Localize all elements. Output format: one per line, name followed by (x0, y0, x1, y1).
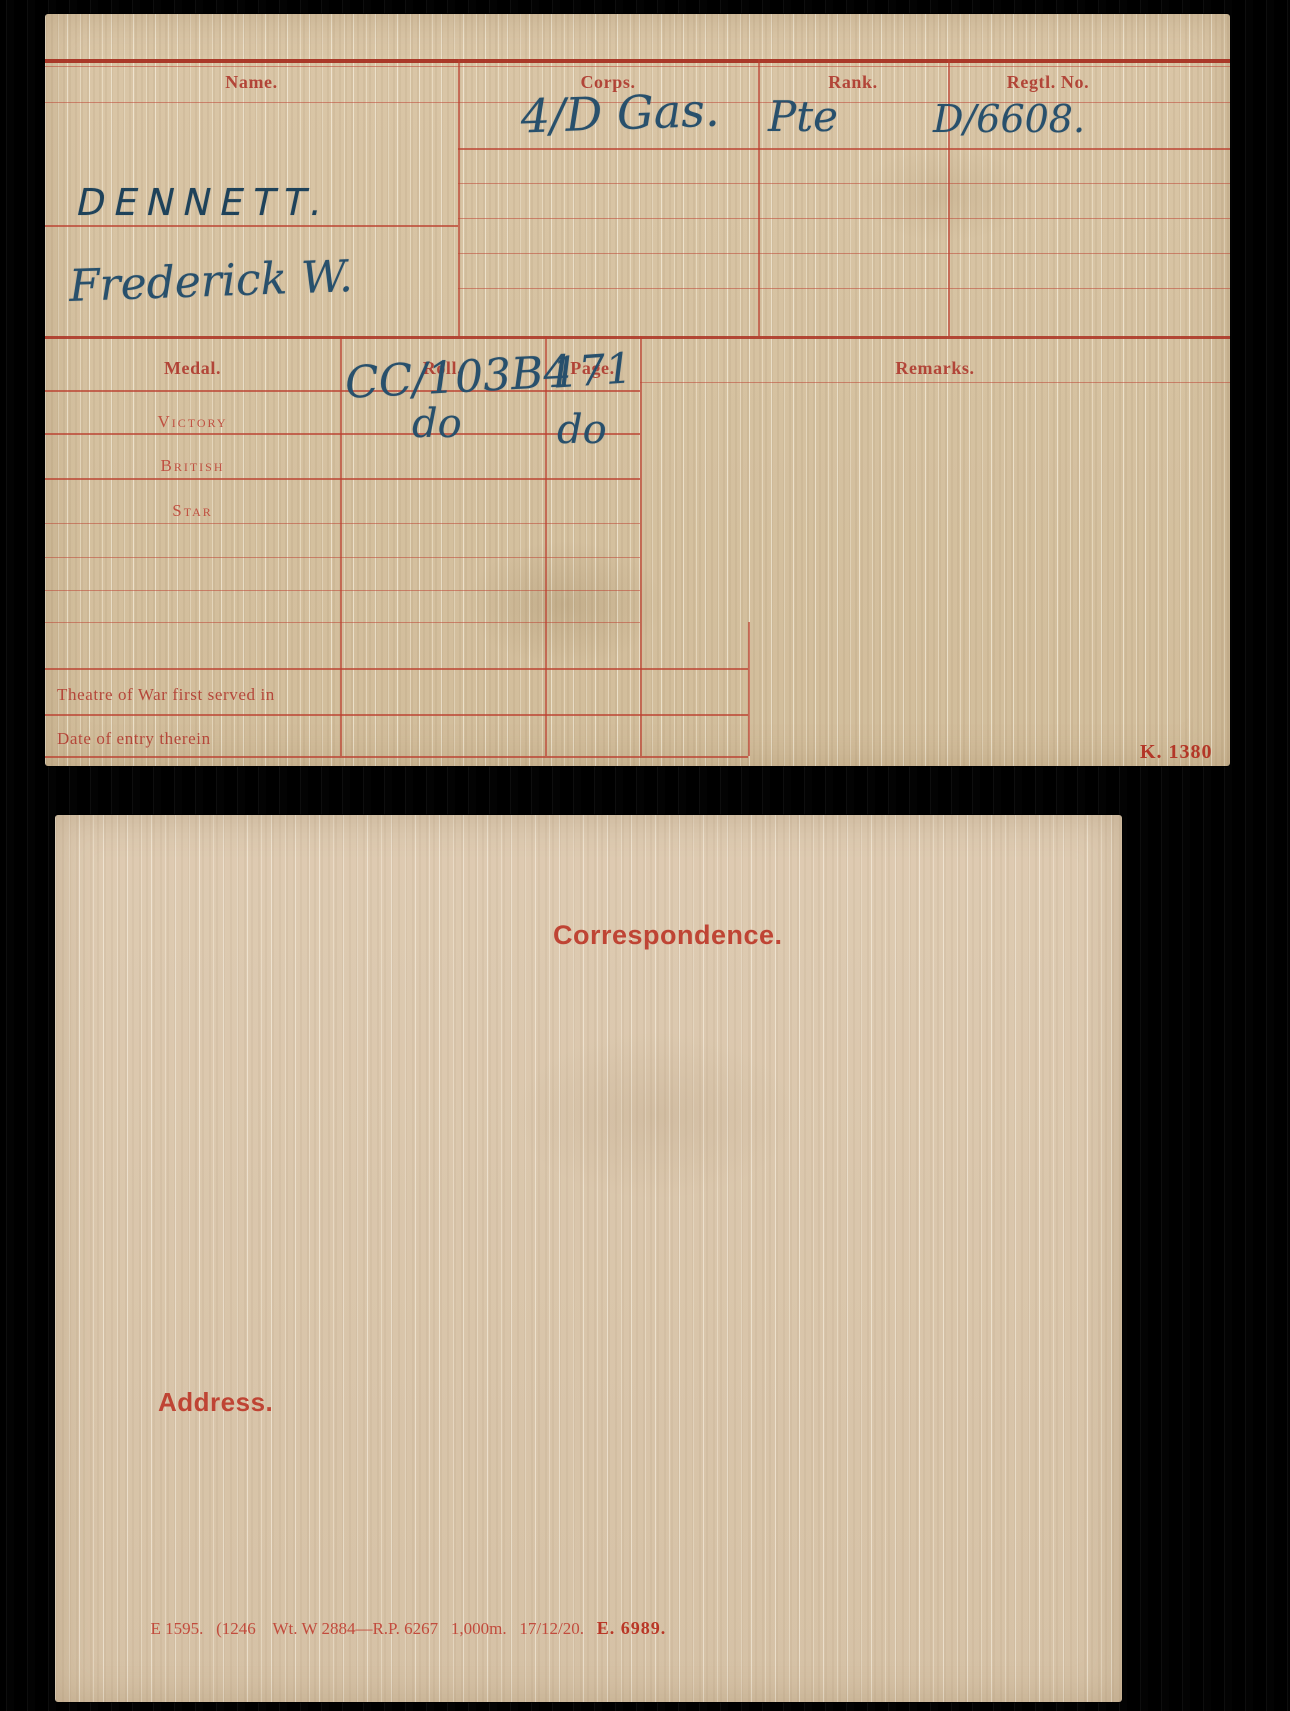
medal-row-british-label: British (45, 456, 340, 476)
rule-line (458, 288, 1230, 289)
regtl-no-column-header: Regtl. No. (948, 72, 1148, 93)
remarks-header: Remarks. (640, 358, 1230, 379)
top-rule-echo (45, 66, 1230, 67)
rule-line (45, 102, 458, 103)
rule-line (458, 183, 1230, 184)
corps-entry-handwriting: 4/D Gas. (474, 85, 765, 141)
medal-index-card-back: Correspondence. Address. E 1595. (1246 W… (55, 815, 1122, 1702)
date-of-entry-label: Date of entry therein (57, 729, 397, 749)
surname-rule-line (45, 225, 458, 227)
row-rule (45, 590, 640, 591)
rank-entry-handwriting: Pte (768, 96, 838, 138)
british-page-handwriting: do (557, 410, 607, 450)
regtl-no-entry-handwriting: D/6608. (933, 100, 1085, 138)
row-rule (45, 668, 748, 670)
rule-line (458, 148, 1230, 150)
scan-background: Name. Corps. Rank. Regtl. No. 4/D Gas. P… (0, 0, 1290, 1711)
name-column-header: Name. (45, 72, 458, 93)
correspondence-title: Correspondence. (553, 920, 783, 951)
column-divider (458, 59, 460, 336)
theatre-of-war-label: Theatre of War first served in (57, 685, 397, 705)
row-rule (45, 756, 748, 758)
row-rule (45, 523, 640, 524)
imprint-code: E. 6989. (597, 1618, 667, 1638)
medal-index-card-front: Name. Corps. Rank. Regtl. No. 4/D Gas. P… (45, 14, 1230, 766)
medal-row-star-label: Star (45, 501, 340, 521)
top-rule (45, 59, 1230, 63)
row-rule (45, 433, 640, 435)
imprint-text: E 1595. (1246 Wt. W 2884—R.P. 6267 1,000… (151, 1619, 597, 1638)
medal-header: Medal. (45, 358, 340, 379)
medal-table-top-rule (45, 336, 1230, 339)
rank-column-header: Rank. (758, 72, 948, 93)
victory-page-handwriting: 171 (551, 347, 634, 394)
surname-handwriting: DENNETT. (73, 184, 335, 221)
row-rule (45, 622, 640, 623)
roll-page-divider (545, 336, 547, 756)
row-rule (45, 714, 748, 716)
forenames-handwriting: Frederick W. (68, 255, 353, 309)
victory-roll-handwriting: CC/103B4 (344, 350, 572, 406)
remarks-header-rule (640, 382, 1230, 383)
bottom-section-divider (748, 622, 750, 756)
address-label: Address. (158, 1387, 273, 1418)
rule-line (458, 253, 1230, 254)
printers-imprint: E 1595. (1246 Wt. W 2884—R.P. 6267 1,000… (125, 1598, 666, 1659)
form-code: K. 1380 (1140, 741, 1213, 764)
page-remarks-divider (640, 336, 642, 756)
british-roll-handwriting: do (412, 404, 462, 444)
rule-line (458, 218, 1230, 219)
row-rule (45, 557, 640, 558)
row-rule (45, 478, 640, 480)
medal-row-victory-label: Victory (45, 412, 340, 432)
